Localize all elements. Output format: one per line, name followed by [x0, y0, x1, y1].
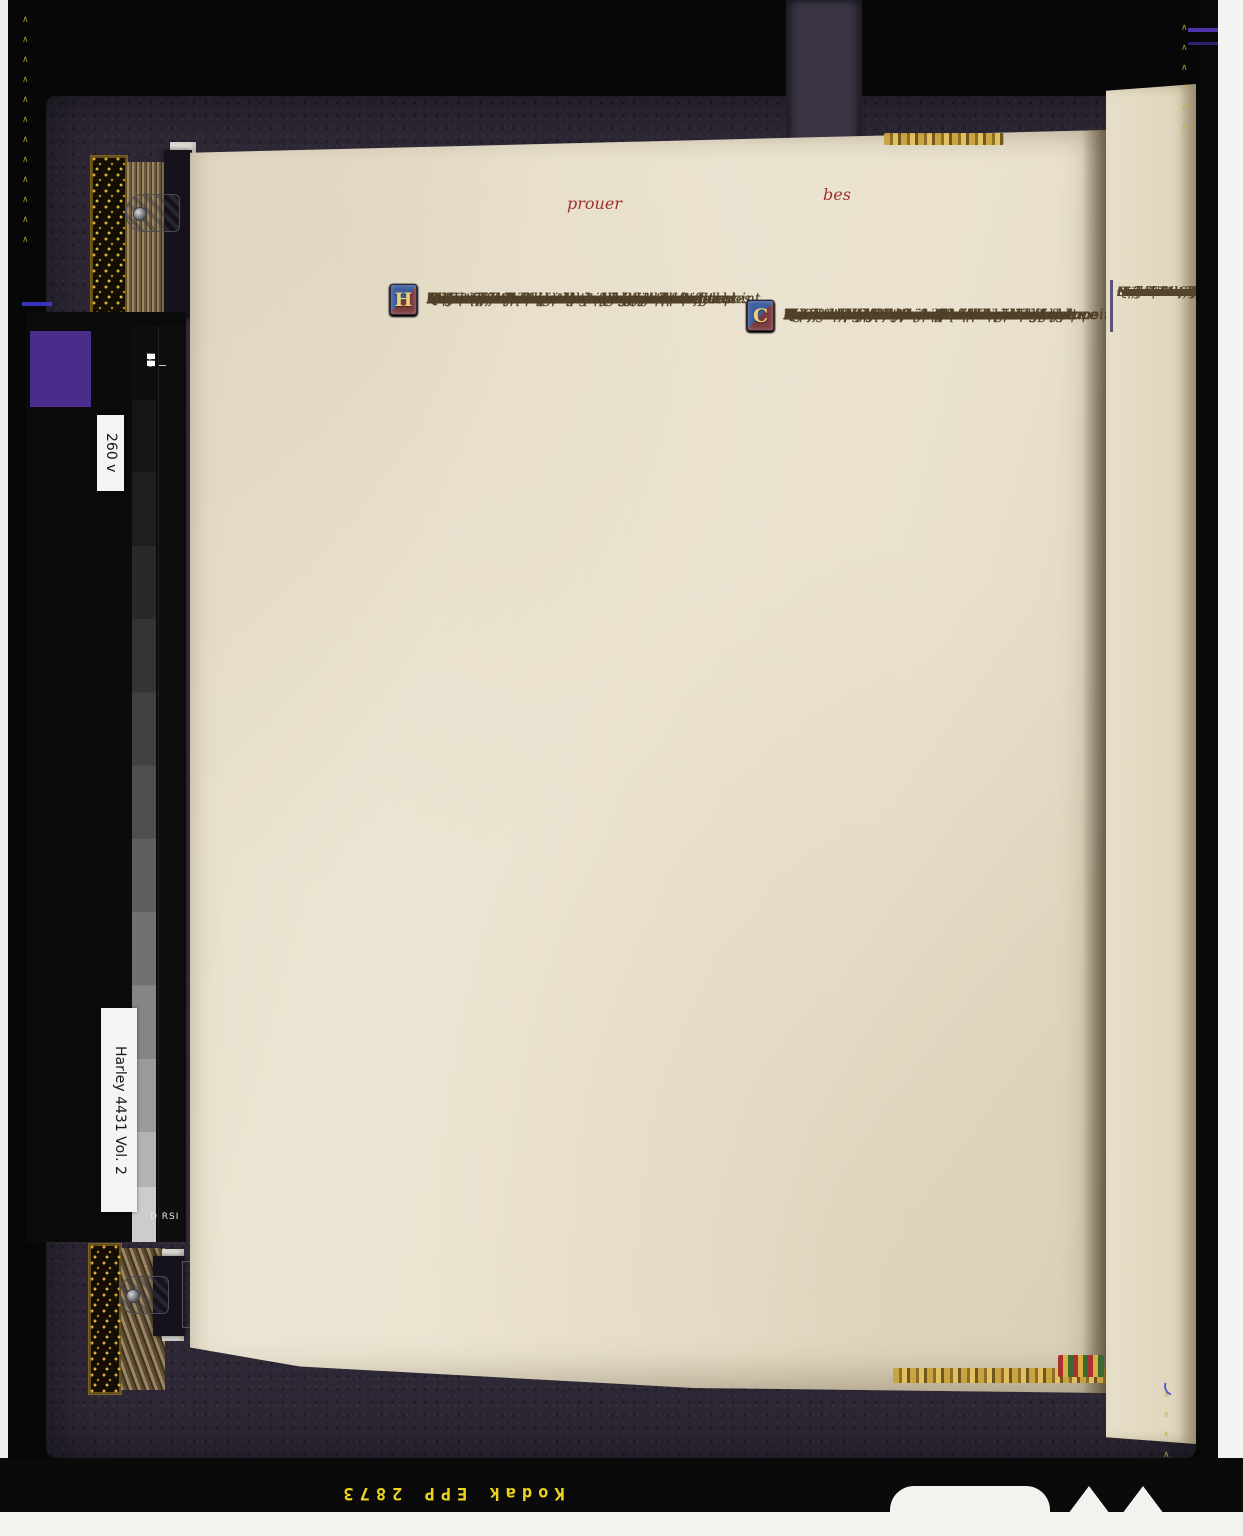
retaining-strap-top — [164, 150, 192, 318]
proverb-couplet: H umilite en riche homme bien siet Plus … — [390, 286, 427, 338]
running-header-left: prouer — [567, 194, 622, 213]
film-notch-triangle — [1068, 1486, 1110, 1514]
binding-clip-bottom — [119, 1276, 169, 1314]
film-border-bottom — [0, 1512, 1243, 1536]
film-bottom-bar — [0, 1458, 1243, 1514]
silk-endband — [1058, 1355, 1104, 1377]
ruler: 1 2 3 4 5 6 7 8 9 10 11 12 13 14 15 — [158, 326, 184, 1242]
book-strap-top — [786, 0, 862, 152]
gilded-cover-edge-top — [90, 155, 128, 318]
gilt-page-edge-top — [884, 133, 1004, 145]
proverb-couplet: C il est trop folz qui se prent si pres … — [747, 302, 784, 354]
manuscript-page: prouer bes L iones homs qui se tient en … — [190, 130, 1106, 1393]
color-patch — [30, 331, 91, 407]
binding-clip-top — [126, 194, 180, 232]
folio-label: 260 v — [97, 415, 124, 491]
film-registration-dash — [22, 302, 52, 306]
film-edge-stripe-2 — [1188, 42, 1218, 45]
gilded-cover-edge-bottom — [88, 1243, 122, 1395]
film-notch-triangle — [1122, 1486, 1164, 1514]
illuminated-initial: C — [747, 300, 774, 331]
ruler-number: 25 — [144, 353, 157, 367]
verse-line-2: Plus se tient bas et plus hault on lassi… — [427, 286, 709, 312]
film-edge-code-top-right: ∧∧∧∧∧∧ — [1181, 18, 1193, 138]
page-fore-edge-top — [127, 162, 169, 314]
film-edge-right — [1196, 0, 1218, 1536]
gutter-shadow — [1082, 128, 1110, 1394]
illuminated-initial: H — [390, 284, 417, 315]
film-edge-code-left: ∧∧∧∧∧∧∧∧∧∧∧∧ — [22, 10, 34, 300]
running-header-right: bes — [823, 185, 851, 204]
film-frame-photograph: ∧∧∧∧∧∧∧∧∧∧∧∧ — [0, 0, 1243, 1536]
shelfmark-label: Harley 4431 Vol. 2 — [101, 1008, 137, 1212]
facing-page-sliver: Dautrui meffait ce Necessite a la fois c… — [1106, 84, 1196, 1444]
film-edge-left — [0, 0, 8, 1536]
film-border-right — [1218, 0, 1243, 1536]
verse-line-1: il est trop folz qui se prent si pres ga… — [784, 302, 1070, 328]
film-brand-label: Kodak EPP 2873 — [318, 1480, 584, 1506]
facing-verse-line-2: Car souuent fault — [1117, 280, 1196, 306]
ruler-footer-label: D RSI — [150, 1212, 190, 1226]
facing-page-couplet: Beaute a court fines Car souuent fault — [1110, 280, 1117, 332]
